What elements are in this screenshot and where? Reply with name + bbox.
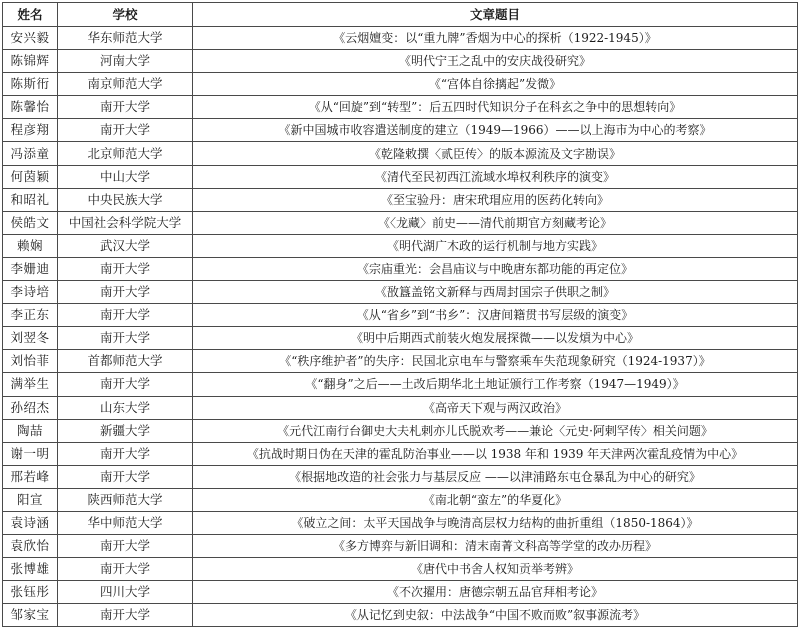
cell-school: 北京师范大学 (58, 142, 193, 165)
cell-school: 南开大学 (58, 304, 193, 327)
table-row: 赖娴武汉大学《明代湖广木政的运行机制与地方实践》 (3, 234, 798, 257)
cell-school: 南开大学 (58, 442, 193, 465)
table-row: 冯添童北京师范大学《乾隆敕撰〈贰臣传〉的版本源流及文字勘误》 (3, 142, 798, 165)
cell-school: 山东大学 (58, 396, 193, 419)
table-row: 邹家宝南开大学《从记忆到史叙：中法战争“中国不败而败”叙事源流考》 (3, 604, 798, 627)
cell-school: 武汉大学 (58, 234, 193, 257)
table-body: 安兴毅华东师范大学《云烟嬗变：以“重九牌”香烟为中心的探析（1922-1945）… (3, 27, 798, 627)
table-row: 刘怡菲首都师范大学《“秩序维护者”的失序：民国北京电车与警察乘车失范现象研究（1… (3, 350, 798, 373)
cell-name: 李诗培 (3, 281, 58, 304)
cell-school: 南开大学 (58, 373, 193, 396)
cell-school: 南开大学 (58, 604, 193, 627)
table-row: 何茵颖中山大学《清代至民初西江流域水埠权利秩序的演变》 (3, 165, 798, 188)
cell-title: 《不次擢用：唐德宗朝五品官拜相考论》 (193, 581, 798, 604)
cell-title: 《至宝验丹：唐宋玳瑁应用的医药化转向》 (193, 188, 798, 211)
table-row: 张钰彤四川大学《不次擢用：唐德宗朝五品官拜相考论》 (3, 581, 798, 604)
cell-name: 陶喆 (3, 419, 58, 442)
cell-name: 张博雄 (3, 558, 58, 581)
cell-title: 《从“省乡”到“书乡”：汉唐间籍贯书写层级的演变》 (193, 304, 798, 327)
table-row: 袁欣怡南开大学《多方博弈与新旧调和：清末南菁文科高等学堂的改办历程》 (3, 535, 798, 558)
cell-title: 《云烟嬗变：以“重九牌”香烟为中心的探析（1922-1945）》 (193, 27, 798, 50)
header-name: 姓名 (3, 3, 58, 27)
cell-title: 《〈龙藏〉前史——清代前期官方刻藏考论》 (193, 211, 798, 234)
cell-name: 程彦翔 (3, 119, 58, 142)
cell-name: 陈馨怡 (3, 96, 58, 119)
cell-name: 袁诗涵 (3, 511, 58, 534)
cell-name: 谢一明 (3, 442, 58, 465)
cell-school: 南开大学 (58, 327, 193, 350)
cell-title: 《元代江南行台御史大夫札剌亦儿氏脱欢考——兼论〈元史·阿剌罕传〉相关问题》 (193, 419, 798, 442)
cell-school: 南开大学 (58, 535, 193, 558)
table-row: 谢一明南开大学《抗战时期日伪在天津的霍乱防治事业——以 1938 年和 1939… (3, 442, 798, 465)
table-row: 程彦翔南开大学《新中国城市收容遣送制度的建立（1949—1966）——以上海市为… (3, 119, 798, 142)
cell-title: 《“翻身”之后——土改后期华北土地证颁行工作考察（1947—1949）》 (193, 373, 798, 396)
table-row: 李诗培南开大学《敔簋盖铭文新释与西周封国宗子供职之制》 (3, 281, 798, 304)
header-title: 文章题目 (193, 3, 798, 27)
cell-name: 陈锦辉 (3, 50, 58, 73)
cell-name: 李正东 (3, 304, 58, 327)
cell-title: 《高帝天下观与两汉政治》 (193, 396, 798, 419)
cell-name: 阳宣 (3, 488, 58, 511)
cell-name: 陈斯衎 (3, 73, 58, 96)
cell-school: 陕西师范大学 (58, 488, 193, 511)
cell-title: 《“秩序维护者”的失序：民国北京电车与警察乘车失范现象研究（1924-1937）… (193, 350, 798, 373)
cell-name: 邹家宝 (3, 604, 58, 627)
table-row: 陶喆新疆大学《元代江南行台御史大夫札剌亦儿氏脱欢考——兼论〈元史·阿剌罕传〉相关… (3, 419, 798, 442)
table-row: 邢若峰南开大学《根据地改造的社会张力与基层反应 ——以津浦路东屯仓暴乱为中心的研… (3, 465, 798, 488)
cell-title: 《从“回旋”到“转型”：后五四时代知识分子在科玄之争中的思想转向》 (193, 96, 798, 119)
cell-name: 侯皓文 (3, 211, 58, 234)
cell-school: 南开大学 (58, 96, 193, 119)
cell-school: 河南大学 (58, 50, 193, 73)
cell-title: 《多方博弈与新旧调和：清末南菁文科高等学堂的改办历程》 (193, 535, 798, 558)
table-row: 和昭礼中央民族大学《至宝验丹：唐宋玳瑁应用的医药化转向》 (3, 188, 798, 211)
cell-school: 南开大学 (58, 257, 193, 280)
cell-name: 何茵颖 (3, 165, 58, 188)
cell-title: 《唐代中书舍人权知贡举考辨》 (193, 558, 798, 581)
cell-school: 四川大学 (58, 581, 193, 604)
table-row: 袁诗涵华中师范大学《破立之间：太平天国战争与晚清高层权力结构的曲折重组（1850… (3, 511, 798, 534)
cell-title: 《南北朝“蛮左”的华夏化》 (193, 488, 798, 511)
cell-title: 《乾隆敕撰〈贰臣传〉的版本源流及文字勘误》 (193, 142, 798, 165)
cell-name: 冯添童 (3, 142, 58, 165)
cell-name: 安兴毅 (3, 27, 58, 50)
table-row: 刘翌冬南开大学《明中后期西式前装火炮发展探微——以发熕为中心》 (3, 327, 798, 350)
table-row: 陈锦辉河南大学《明代宁王之乱中的安庆战役研究》 (3, 50, 798, 73)
cell-name: 袁欣怡 (3, 535, 58, 558)
cell-school: 南开大学 (58, 281, 193, 304)
table-row: 李正东南开大学《从“省乡”到“书乡”：汉唐间籍贯书写层级的演变》 (3, 304, 798, 327)
cell-title: 《宗庙重光：会昌庙议与中晚唐东都功能的再定位》 (193, 257, 798, 280)
cell-school: 华中师范大学 (58, 511, 193, 534)
cell-school: 中央民族大学 (58, 188, 193, 211)
cell-name: 刘怡菲 (3, 350, 58, 373)
cell-name: 刘翌冬 (3, 327, 58, 350)
awards-table: 姓名 学校 文章题目 安兴毅华东师范大学《云烟嬗变：以“重九牌”香烟为中心的探析… (2, 2, 798, 627)
cell-name: 孙绍杰 (3, 396, 58, 419)
cell-school: 华东师范大学 (58, 27, 193, 50)
table-row: 李姗迪南开大学《宗庙重光：会昌庙议与中晚唐东都功能的再定位》 (3, 257, 798, 280)
cell-name: 张钰彤 (3, 581, 58, 604)
cell-name: 邢若峰 (3, 465, 58, 488)
cell-title: 《“宫体自徐摛起”发微》 (193, 73, 798, 96)
cell-school: 中山大学 (58, 165, 193, 188)
table-row: 孙绍杰山东大学《高帝天下观与两汉政治》 (3, 396, 798, 419)
cell-title: 《明代湖广木政的运行机制与地方实践》 (193, 234, 798, 257)
cell-name: 李姗迪 (3, 257, 58, 280)
cell-name: 满举生 (3, 373, 58, 396)
table-row: 张博雄南开大学《唐代中书舍人权知贡举考辨》 (3, 558, 798, 581)
cell-school: 首都师范大学 (58, 350, 193, 373)
header-school: 学校 (58, 3, 193, 27)
table-row: 陈斯衎南京师范大学《“宫体自徐摛起”发微》 (3, 73, 798, 96)
cell-title: 《从记忆到史叙：中法战争“中国不败而败”叙事源流考》 (193, 604, 798, 627)
cell-school: 中国社会科学院大学 (58, 211, 193, 234)
cell-title: 《敔簋盖铭文新释与西周封国宗子供职之制》 (193, 281, 798, 304)
table-row: 阳宣陕西师范大学《南北朝“蛮左”的华夏化》 (3, 488, 798, 511)
cell-title: 《明代宁王之乱中的安庆战役研究》 (193, 50, 798, 73)
table-row: 侯皓文中国社会科学院大学《〈龙藏〉前史——清代前期官方刻藏考论》 (3, 211, 798, 234)
cell-school: 南京师范大学 (58, 73, 193, 96)
table-row: 满举生南开大学《“翻身”之后——土改后期华北土地证颁行工作考察（1947—194… (3, 373, 798, 396)
table-row: 安兴毅华东师范大学《云烟嬗变：以“重九牌”香烟为中心的探析（1922-1945）… (3, 27, 798, 50)
cell-school: 新疆大学 (58, 419, 193, 442)
cell-name: 赖娴 (3, 234, 58, 257)
cell-school: 南开大学 (58, 558, 193, 581)
table-header-row: 姓名 学校 文章题目 (3, 3, 798, 27)
table-row: 陈馨怡南开大学《从“回旋”到“转型”：后五四时代知识分子在科玄之争中的思想转向》 (3, 96, 798, 119)
cell-title: 《明中后期西式前装火炮发展探微——以发熕为中心》 (193, 327, 798, 350)
cell-title: 《根据地改造的社会张力与基层反应 ——以津浦路东屯仓暴乱为中心的研究》 (193, 465, 798, 488)
cell-title: 《清代至民初西江流域水埠权利秩序的演变》 (193, 165, 798, 188)
cell-school: 南开大学 (58, 119, 193, 142)
cell-title: 《破立之间：太平天国战争与晚清高层权力结构的曲折重组（1850-1864）》 (193, 511, 798, 534)
cell-title: 《抗战时期日伪在天津的霍乱防治事业——以 1938 年和 1939 年天津两次霍… (193, 442, 798, 465)
cell-title: 《新中国城市收容遣送制度的建立（1949—1966）——以上海市为中心的考察》 (193, 119, 798, 142)
cell-name: 和昭礼 (3, 188, 58, 211)
cell-school: 南开大学 (58, 465, 193, 488)
